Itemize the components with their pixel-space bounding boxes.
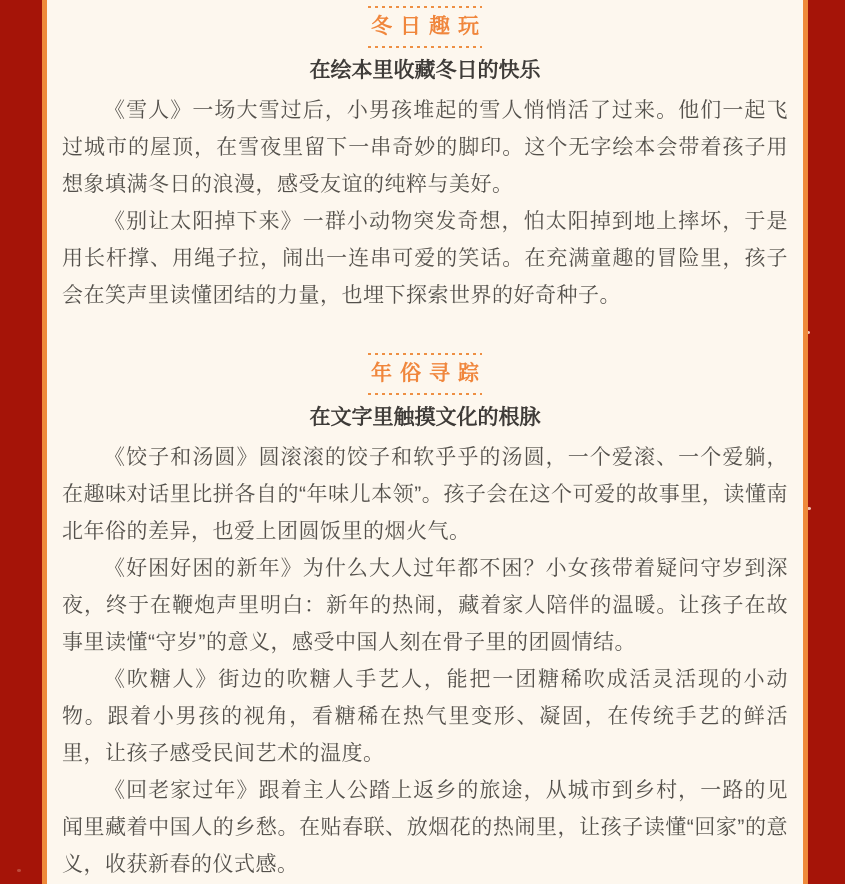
paragraph: 《好困好困的新年》为什么大人过年都不困？小女孩带着疑问守岁到深夜，终于在鞭炮声里…: [62, 550, 788, 661]
section-subtitle: 在绘本里收藏冬日的快乐: [62, 56, 788, 86]
article-content: 冬日趣玩 在绘本里收藏冬日的快乐 《雪人》一场大雪过后，小男孩堆起的雪人悄悄活了…: [42, 0, 808, 884]
dashed-divider-bottom: [368, 46, 482, 48]
paragraph: 《回老家过年》跟着主人公踏上返乡的旅途，从城市到乡村，一路的见闻里藏着中国人的乡…: [62, 772, 788, 883]
dashed-divider-bottom: [368, 393, 482, 395]
section-subtitle: 在文字里触摸文化的根脉: [62, 403, 788, 433]
paragraph: 《吹糖人》街边的吹糖人手艺人，能把一团糖稀吹成活灵活现的小动物。跟着小男孩的视角…: [62, 661, 788, 772]
snow-dot: [17, 869, 21, 872]
article-section: 年俗寻踪 在文字里触摸文化的根脉 《饺子和汤圆》圆滚滚的饺子和软乎乎的汤圆，一个…: [62, 353, 788, 883]
section-paragraphs: 《雪人》一场大雪过后，小男孩堆起的雪人悄悄活了过来。他们一起飞过城市的屋顶，在雪…: [62, 92, 788, 314]
dashed-divider-top: [368, 6, 482, 8]
dashed-divider-top: [368, 353, 482, 355]
paragraph: 《雪人》一场大雪过后，小男孩堆起的雪人悄悄活了过来。他们一起飞过城市的屋顶，在雪…: [62, 92, 788, 203]
paragraph: 《别让太阳掉下来》一群小动物突发奇想，怕太阳掉到地上摔坏，于是用长杆撑、用绳子拉…: [62, 203, 788, 314]
article-section: 冬日趣玩 在绘本里收藏冬日的快乐 《雪人》一场大雪过后，小男孩堆起的雪人悄悄活了…: [62, 6, 788, 314]
section-header-label: 冬日趣玩: [62, 14, 788, 40]
section-paragraphs: 《饺子和汤圆》圆滚滚的饺子和软乎乎的汤圆，一个爱滚、一个爱躺，在趣味对话里比拼各…: [62, 439, 788, 883]
article-page: 冬日趣玩 在绘本里收藏冬日的快乐 《雪人》一场大雪过后，小男孩堆起的雪人悄悄活了…: [0, 0, 845, 884]
section-header-label: 年俗寻踪: [62, 361, 788, 387]
paragraph: 《饺子和汤圆》圆滚滚的饺子和软乎乎的汤圆，一个爱滚、一个爱躺，在趣味对话里比拼各…: [62, 439, 788, 550]
